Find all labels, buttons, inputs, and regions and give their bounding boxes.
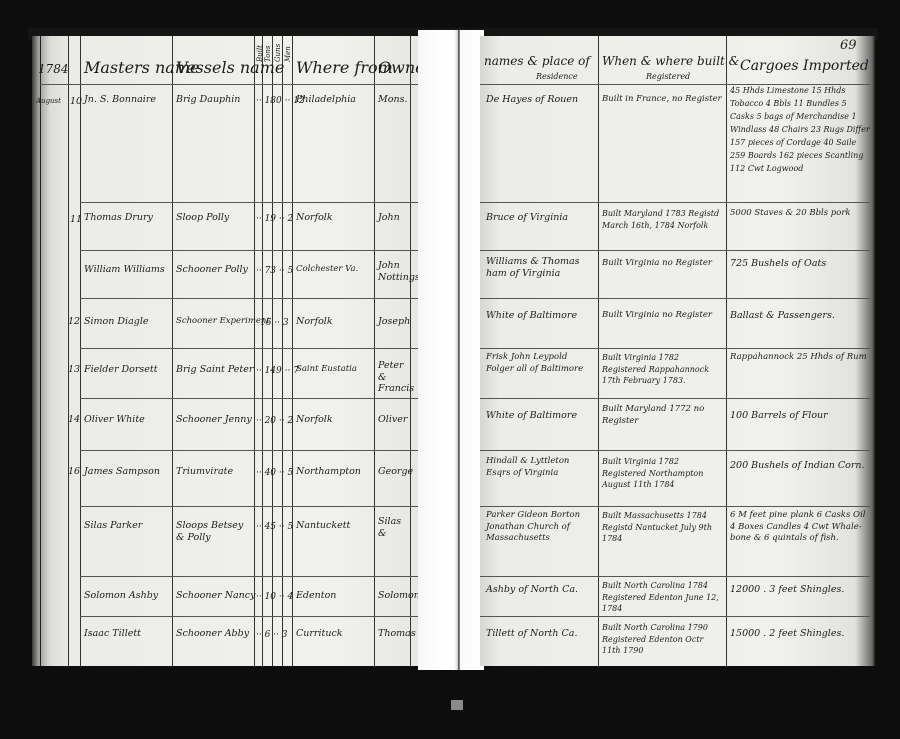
cargo: 15000 . 2 feet Shingles. <box>730 628 870 640</box>
rule <box>262 36 263 666</box>
cargo: 6 M feet pine plank 6 Casks Oil 4 Boxes … <box>730 510 870 545</box>
where-from: Norfolk <box>296 212 333 224</box>
where-from: Norfolk <box>296 316 333 328</box>
tonnage: ·· 20 ·· 2 <box>256 416 293 426</box>
where-from: Currituck <box>296 628 343 640</box>
cargo: 12000 . 3 feet Shingles. <box>730 584 870 596</box>
master-name: Fielder Dorsett <box>84 364 158 376</box>
day: 12 <box>68 316 80 328</box>
rule <box>80 450 434 451</box>
built-registered: Built Virginia 1782 Registered Northampt… <box>602 456 724 491</box>
rule <box>80 506 434 507</box>
where-from: Philadelphia <box>296 94 356 106</box>
built-registered: Built North Carolina 1784 Registered Ede… <box>602 580 724 615</box>
tonnage: ·· 10 ·· 4 <box>256 592 293 602</box>
tonnage: ·· 6 ·· 3 <box>256 630 287 640</box>
rule <box>282 36 283 666</box>
rule <box>480 298 870 299</box>
rule <box>80 250 434 251</box>
tonnage: ·· 149 ·· 7 <box>256 366 299 376</box>
header-tons: Tons <box>264 46 272 62</box>
built-registered: Built Virginia no Register <box>602 310 724 322</box>
day: 14 <box>68 414 80 426</box>
master-name: Oliver White <box>84 414 145 426</box>
rule <box>292 36 293 666</box>
where-from: Colchester Va. <box>296 264 358 276</box>
vessel-name: Schooner Polly <box>176 264 248 276</box>
rule <box>410 36 411 666</box>
day: 10 <box>70 96 82 108</box>
header-residence: Residence <box>536 72 578 81</box>
residence: Ashby of North Ca. <box>486 584 596 596</box>
rule <box>80 616 434 617</box>
cargo: 200 Bushels of Indian Corn. <box>730 460 870 472</box>
ledger-right-page: 69 names & place of Residence When & whe… <box>480 36 875 666</box>
tonnage: ·· 45 ·· 5 <box>256 522 293 532</box>
rule <box>480 576 870 577</box>
rule <box>480 348 870 349</box>
header-guns: Guns <box>274 44 282 62</box>
rule <box>480 398 870 399</box>
residence: White of Baltimore <box>486 310 596 322</box>
rule <box>40 84 434 85</box>
where-from: Norfolk <box>296 414 333 426</box>
rule <box>172 36 173 666</box>
residence: Tillett of North Ca. <box>486 628 596 640</box>
rule <box>480 450 870 451</box>
rule <box>374 36 375 666</box>
month: August <box>36 96 61 108</box>
vessel-name: Schooner Experiment <box>176 316 270 328</box>
owner: Oliver <box>378 414 407 426</box>
where-from: Edenton <box>296 590 336 602</box>
header-men: Men <box>284 46 292 62</box>
vessel-name: Sloops Betsey & Polly <box>176 520 248 543</box>
residence: Bruce of Virginia <box>486 212 596 224</box>
owner: John Nottings <box>378 260 410 283</box>
master-name: Silas Parker <box>84 520 142 532</box>
built-registered: Built North Carolina 1790 Registered Ede… <box>602 622 724 657</box>
rule <box>480 506 870 507</box>
owner: Thomas <box>378 628 416 640</box>
master-name: Thomas Drury <box>84 212 153 224</box>
book-gutter <box>418 30 484 670</box>
built-registered: Built in France, no Register <box>602 94 724 106</box>
cargo: Ballast & Passengers. <box>730 310 870 322</box>
vessel-name: Schooner Nancy <box>176 590 255 602</box>
rule <box>726 36 727 666</box>
where-from: Saint Eustatia <box>296 364 357 376</box>
day: 11 <box>70 214 82 226</box>
residence: White of Baltimore <box>486 410 596 422</box>
header-registered: Registered <box>646 72 690 81</box>
master-name: James Sampson <box>84 466 160 478</box>
rule <box>80 298 434 299</box>
cargo: 725 Bushels of Oats <box>730 258 870 270</box>
rule <box>80 36 81 666</box>
owner: Mons. <box>378 94 407 106</box>
where-from: Nantuckett <box>296 520 350 532</box>
header-when-where: When & where built & <box>602 54 739 68</box>
master-name: Simon Diagle <box>84 316 148 328</box>
built-registered: Built Massachusetts 1784 Registd Nantuck… <box>602 510 724 545</box>
rule <box>80 576 434 577</box>
residence: Frisk John Leypold Folger all of Baltimo… <box>486 352 596 375</box>
rule <box>272 36 273 666</box>
rule <box>598 36 599 666</box>
residence: Parker Gideon Borton Jonathan Church of … <box>486 510 596 545</box>
master-name: Isaac Tillett <box>84 628 141 640</box>
rule <box>68 36 69 666</box>
owner: Solomon <box>378 590 420 602</box>
built-registered: Built Maryland 1783 Registd March 16th, … <box>602 208 724 231</box>
vessel-name: Brig Saint Peter <box>176 364 253 376</box>
rule <box>480 616 870 617</box>
cargo: Rappahannock 25 Hhds of Rum <box>730 352 870 364</box>
owner: Silas & <box>378 516 408 539</box>
page-number: 69 <box>840 38 857 53</box>
day: 16 <box>68 466 80 478</box>
cargo: 100 Barrels of Flour <box>730 410 870 422</box>
vessel-name: Brig Dauphin <box>176 94 240 106</box>
header-built: Built <box>256 45 264 62</box>
owner: Joseph <box>378 316 410 328</box>
built-registered: Built Virginia 1782 Registered Rappahann… <box>602 352 724 387</box>
film-frame-marker <box>451 700 463 710</box>
residence: Williams & Thomas ham of Virginia <box>486 256 596 279</box>
owner: George <box>378 466 413 478</box>
header-cargoes: Cargoes Imported <box>740 58 869 74</box>
master-name: Solomon Ashby <box>84 590 158 602</box>
master-name: Jn. S. Bonnaire <box>84 94 156 106</box>
built-registered: Built Maryland 1772 no Register <box>602 404 724 427</box>
owner: John <box>378 212 400 224</box>
rule <box>80 398 434 399</box>
vessel-name: Sloop Polly <box>176 212 229 224</box>
tonnage: ·· 19 ·· 2 <box>256 214 293 224</box>
master-name: William Williams <box>84 264 165 276</box>
vessel-name: Triumvirate <box>176 466 233 478</box>
tonnage: ·· 40 ·· 5 <box>256 468 293 478</box>
rule <box>254 36 255 666</box>
vessel-name: Schooner Jenny <box>176 414 252 426</box>
owner: Peter & Francis <box>378 360 410 395</box>
tonnage: 16 ·· 3 <box>260 318 289 328</box>
header-year: 1784 <box>38 62 69 76</box>
vessel-name: Schooner Abby <box>176 628 249 640</box>
rule <box>80 348 434 349</box>
day: 13 <box>68 364 80 376</box>
cargo: 5000 Staves & 20 Bbls pork <box>730 208 870 220</box>
rule <box>80 202 434 203</box>
ledger-left-page: 1784 Masters name Vessels name Built Ton… <box>32 36 434 666</box>
cargo: 45 Hhds Limestone 15 Hhds Tobacco 4 Bbls… <box>730 84 870 175</box>
header-names-place: names & place of <box>484 54 590 68</box>
tonnage: ·· 73 ·· 5 <box>256 266 293 276</box>
built-registered: Built Virginia no Register <box>602 258 724 270</box>
residence: Hindall & Lyttleton Esqrs of Virginia <box>486 456 596 479</box>
rule <box>480 250 870 251</box>
where-from: Northampton <box>296 466 361 478</box>
rule <box>480 202 870 203</box>
residence: De Hayes of Rouen <box>486 94 596 106</box>
rule <box>40 36 41 666</box>
